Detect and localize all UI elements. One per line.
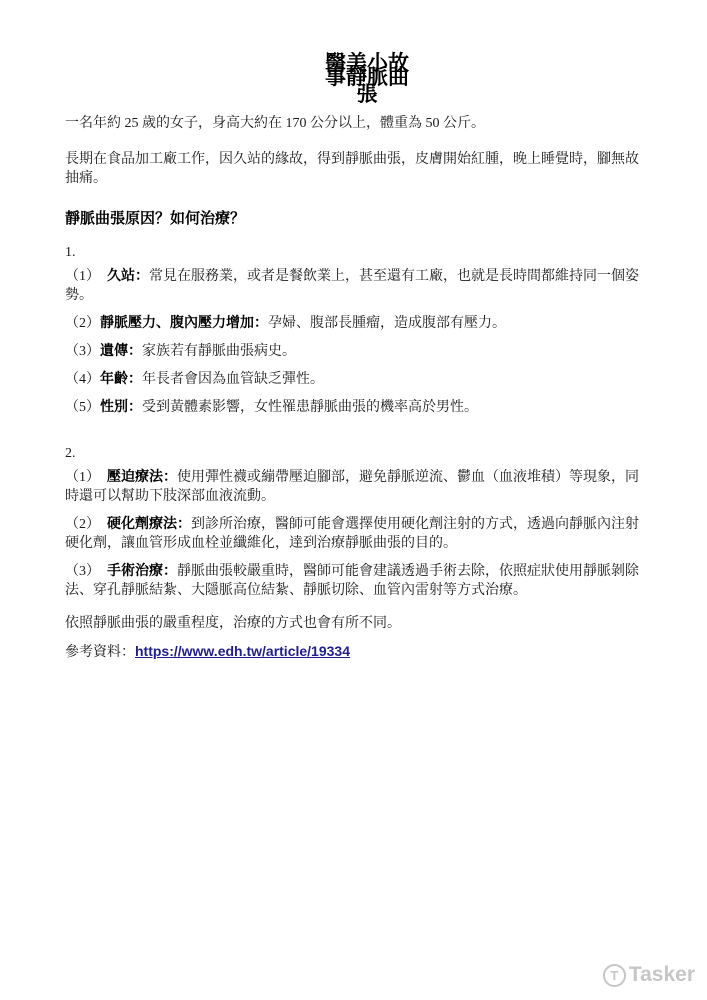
item-description: 孕婦、腹部長腫瘤，造成腹部有壓力。 bbox=[268, 316, 506, 331]
item-description: 受到黃體素影響，女性罹患靜脈曲張的機率高於男性。 bbox=[142, 400, 478, 415]
item-number: （3） bbox=[65, 564, 107, 579]
treatment-item: （1） 壓迫療法：使用彈性襪或繃帶壓迫腳部，避免靜脈逆流、鬱血（血液堆積）等現象… bbox=[65, 467, 645, 506]
item-term: 靜脈壓力、腹內壓力增加： bbox=[100, 314, 268, 330]
treatments-list-label: 2. bbox=[65, 444, 645, 463]
item-number: （1） bbox=[65, 470, 107, 485]
cause-item: （4）年齡：年長者會因為血管缺乏彈性。 bbox=[65, 369, 645, 389]
item-number: （1） bbox=[65, 269, 107, 284]
item-number: （4） bbox=[65, 372, 100, 387]
item-term: 遺傳： bbox=[100, 342, 142, 358]
item-description: 家族若有靜脈曲張病史。 bbox=[142, 344, 296, 359]
item-term: 性別： bbox=[100, 398, 142, 414]
reference-line: 參考資料：https://www.edh.tw/article/19334 bbox=[65, 642, 645, 662]
cause-item: （1） 久站：常見在服務業，或者是餐飲業上，甚至還有工廠，也就是長時間都維持同一… bbox=[65, 266, 645, 305]
closing-paragraph: 依照靜脈曲張的嚴重程度，治療的方式也會有所不同。 bbox=[65, 614, 645, 633]
cause-item: （2）靜脈壓力、腹內壓力增加：孕婦、腹部長腫瘤，造成腹部有壓力。 bbox=[65, 313, 645, 333]
item-term: 年齡： bbox=[100, 370, 142, 386]
tasker-watermark: T Tasker bbox=[603, 963, 695, 987]
item-term: 硬化劑療法： bbox=[107, 515, 191, 531]
intro-paragraph-1: 一名年約 25 歲的女子，身高大約在 170 公分以上，體重為 50 公斤。 bbox=[65, 114, 645, 133]
item-number: （5） bbox=[65, 400, 100, 415]
item-number: （2） bbox=[65, 316, 100, 331]
treatment-item: （3） 手術治療：靜脈曲張較嚴重時，醫師可能會建議透過手術去除，依照症狀使用靜脈… bbox=[65, 561, 645, 600]
cause-item: （5）性別：受到黃體素影響，女性罹患靜脈曲張的機率高於男性。 bbox=[65, 397, 645, 417]
item-number: （3） bbox=[65, 344, 100, 359]
document-title: 醫美小故 事靜脈曲 張 bbox=[321, 57, 413, 102]
intro-paragraph-2: 長期在食品加工廠工作，因久站的緣故，得到靜脈曲張，皮膚開始紅腫，晚上睡覺時，腳無… bbox=[65, 150, 645, 188]
item-term: 久站： bbox=[107, 267, 149, 283]
causes-list-label: 1. bbox=[65, 243, 645, 262]
item-term: 手術治療： bbox=[107, 562, 177, 578]
section-heading: 靜脈曲張原因？如何治療？ bbox=[65, 209, 645, 228]
item-description: 常見在服務業，或者是餐飲業上，甚至還有工廠，也就是長時間都維持同一個姿勢。 bbox=[65, 269, 639, 303]
reference-label: 參考資料： bbox=[65, 645, 135, 660]
item-number: （2） bbox=[65, 517, 107, 532]
document-page: 醫美小故 事靜脈曲 張 一名年約 25 歲的女子，身高大約在 170 公分以上，… bbox=[0, 0, 707, 1000]
document-content: 醫美小故 事靜脈曲 張 一名年約 25 歲的女子，身高大約在 170 公分以上，… bbox=[0, 0, 707, 662]
title-line: 張 bbox=[321, 88, 413, 102]
tasker-watermark-text: Tasker bbox=[629, 963, 695, 987]
tasker-logo-icon: T bbox=[603, 964, 626, 987]
reference-link[interactable]: https://www.edh.tw/article/19334 bbox=[135, 643, 350, 659]
item-description: 年長者會因為血管缺乏彈性。 bbox=[142, 372, 324, 387]
cause-item: （3）遺傳：家族若有靜脈曲張病史。 bbox=[65, 341, 645, 361]
treatment-item: （2） 硬化劑療法：到診所治療，醫師可能會選擇使用硬化劑注射的方式，透過向靜脈內… bbox=[65, 514, 645, 553]
item-term: 壓迫療法： bbox=[107, 468, 177, 484]
